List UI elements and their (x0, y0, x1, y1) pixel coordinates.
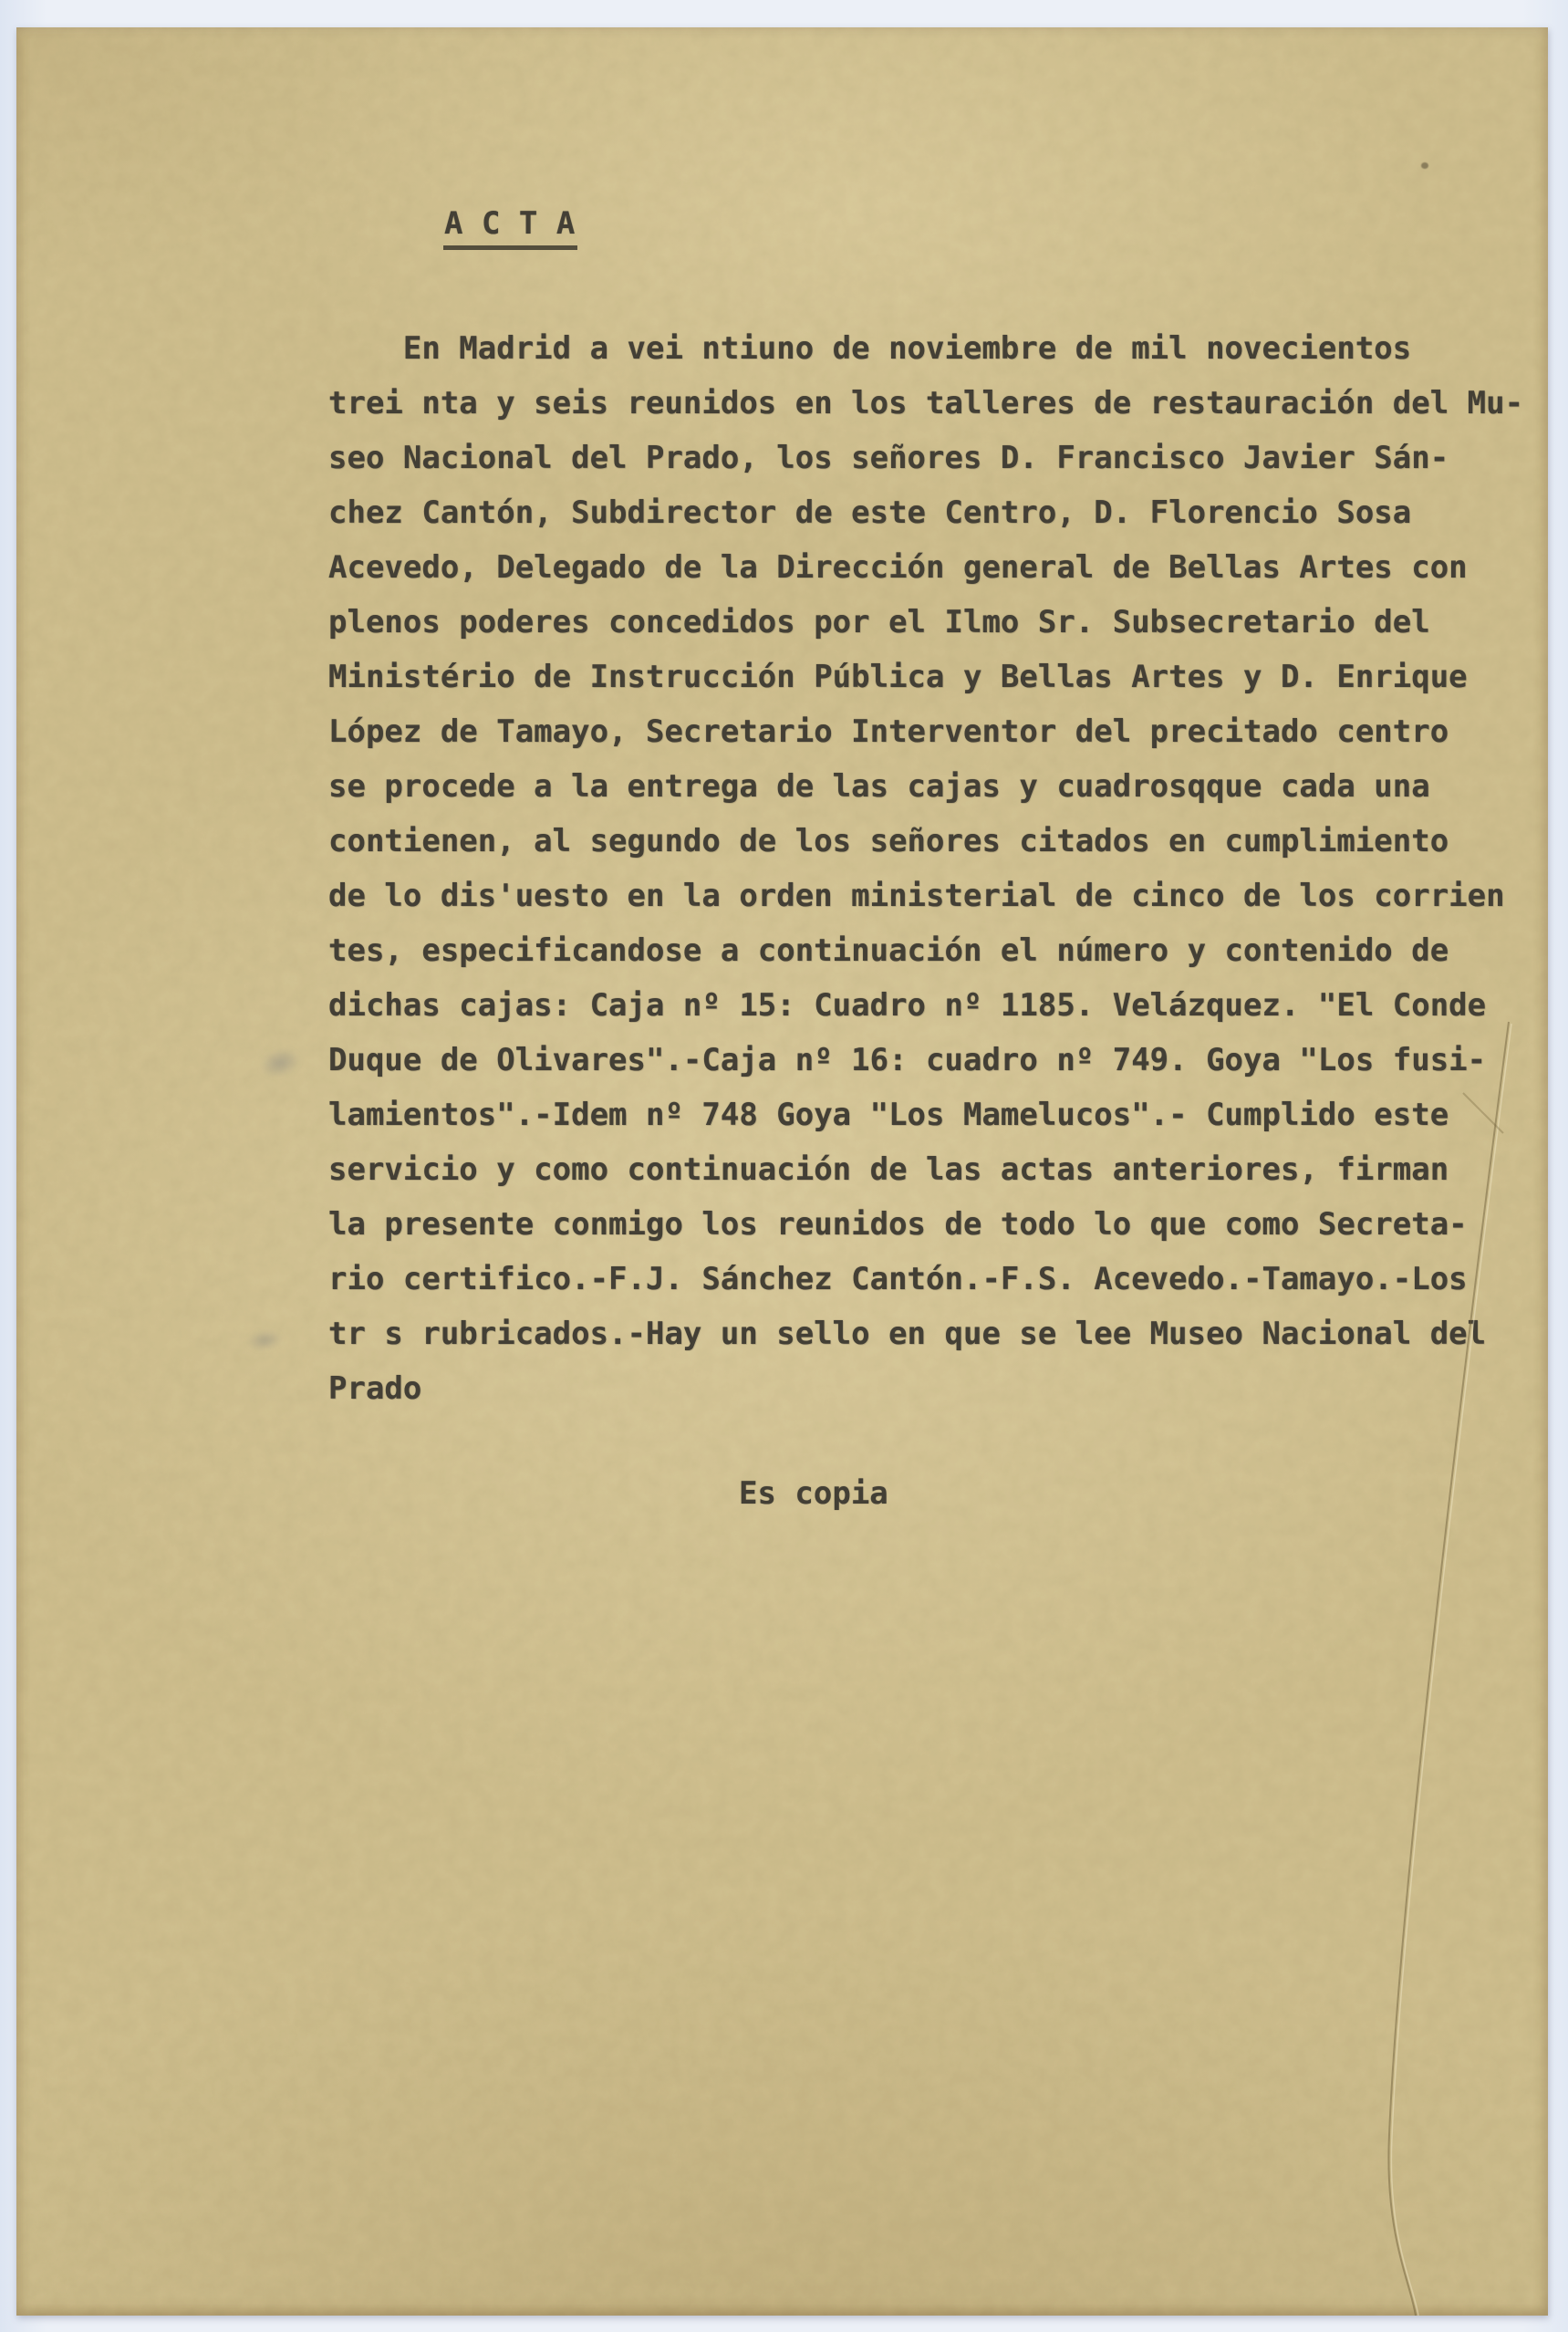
document-line: lamientos".-Idem nº 748 Goya "Los Mamelu… (328, 1088, 1523, 1142)
document-page: A C T A En Madrid a vei ntiuno de noviem… (16, 27, 1548, 2316)
document-line: tes, especificandose a continuación el n… (328, 923, 1523, 978)
document-line: Ministério de Instrucción Pública y Bell… (328, 650, 1523, 704)
smudge (256, 1045, 304, 1082)
document-line: Acevedo, Delegado de la Dirección genera… (328, 540, 1523, 595)
document-line: se procede a la entrega de las cajas y c… (328, 759, 1523, 814)
document-body: En Madrid a vei ntiuno de noviembre de m… (328, 321, 1523, 1416)
document-line: rio certifico.-F.J. Sánchez Cantón.-F.S.… (328, 1252, 1523, 1307)
document-line: trei nta y seis reunidos en los talleres… (328, 376, 1523, 431)
document-line: seo Nacional del Prado, los señores D. F… (328, 431, 1523, 485)
document-line: de lo dis'uesto en la orden ministerial … (328, 869, 1523, 923)
document-title: A C T A (443, 205, 577, 250)
document-line: plenos poderes concedidos por el Ilmo Sr… (328, 595, 1523, 650)
document-line: chez Cantón, Subdirector de este Centro,… (328, 485, 1523, 540)
document-line: servicio y como continuación de las acta… (328, 1142, 1523, 1197)
document-line: dichas cajas: Caja nº 15: Cuadro nº 1185… (328, 978, 1523, 1033)
document-closing: Es copia (739, 1466, 888, 1521)
document-line: En Madrid a vei ntiuno de noviembre de m… (328, 321, 1523, 376)
document-line: Duque de Olivares".-Caja nº 16: cuadro n… (328, 1033, 1523, 1088)
document-line: tr s rubricados.-Hay un sello en que se … (328, 1307, 1523, 1361)
document-line: contienen, al segundo de los señores cit… (328, 814, 1523, 869)
ink-speck (1421, 162, 1428, 169)
smudge (245, 1327, 285, 1352)
document-line: López de Tamayo, Secretario Interventor … (328, 704, 1523, 759)
document-line: la presente conmigo los reunidos de todo… (328, 1197, 1523, 1252)
document-line: Prado (328, 1361, 1523, 1416)
